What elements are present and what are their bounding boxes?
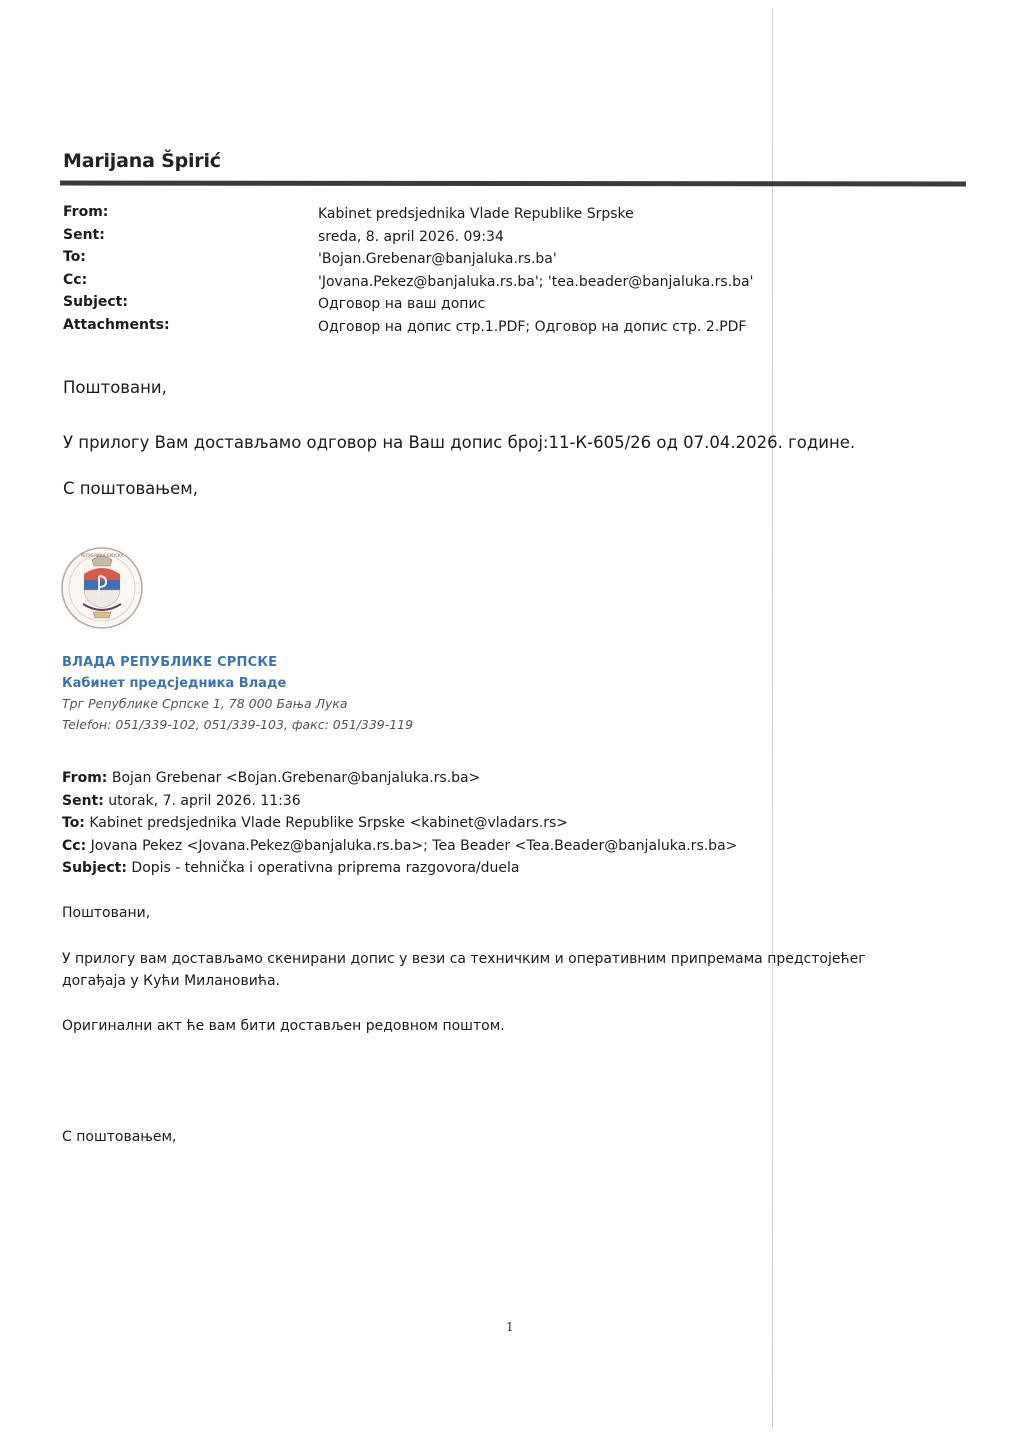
subject-value: Одговор на ваш допис xyxy=(318,293,753,316)
forwarded-cc-row: Cc: Jovana Pekez <Jovana.Pekez@banjaluka… xyxy=(62,835,737,858)
forwarded-body-line1: У прилогу вам достављамо скенирани допис… xyxy=(62,948,866,970)
mailbox-owner-name: Marijana Špirić xyxy=(63,150,221,172)
signature-department: Кабинет предсједника Владе xyxy=(62,676,286,691)
scan-artifact-line xyxy=(772,8,773,1428)
to-value: 'Bojan.Grebenar@banjaluka.rs.ba' xyxy=(318,248,753,271)
attachments-value: Одговор на допис стр.1.PDF; Одговор на д… xyxy=(318,316,753,339)
coat-of-arms-logo: РЕПУБЛИКА СРПСКА xyxy=(59,546,145,630)
cc-value: 'Jovana.Pekez@banjaluka.rs.ba'; 'tea.bea… xyxy=(318,271,753,294)
signature-address: Трг Републике Српске 1, 78 000 Бања Лука xyxy=(62,696,348,711)
forwarded-body-line2: догађаја у Кући Милановића. xyxy=(62,970,280,992)
forwarded-to-row: To: Kabinet predsjednika Vlade Republike… xyxy=(62,812,737,835)
forwarded-to-value: Kabinet predsjednika Vlade Republike Srp… xyxy=(89,815,568,831)
forwarded-closing: С поштовањем, xyxy=(62,1126,177,1148)
to-label: To: xyxy=(63,246,170,269)
sent-value: sreda, 8. april 2026. 09:34 xyxy=(318,226,753,249)
forwarded-body-line3: Оригинални акт ће вам бити достављен ред… xyxy=(62,1015,505,1037)
from-label: From: xyxy=(63,201,170,224)
cc-label: Cc: xyxy=(63,269,170,292)
forwarded-sent-value: utorak, 7. april 2026. 11:36 xyxy=(108,793,300,809)
forwarded-cc-label: Cc: xyxy=(62,838,86,854)
forwarded-from-label: From: xyxy=(62,770,107,786)
svg-text:РЕПУБЛИКА СРПСКА: РЕПУБЛИКА СРПСКА xyxy=(81,553,124,558)
page-number: 1 xyxy=(506,1320,514,1334)
forwarded-from-value: Bojan Grebenar <Bojan.Grebenar@banjaluka… xyxy=(112,770,481,786)
from-value: Kabinet predsjednika Vlade Republike Srp… xyxy=(318,203,753,226)
forwarded-subject-value: Dopis - tehnička i operativna priprema r… xyxy=(131,860,519,876)
email-header-labels: From: Sent: To: Cc: Subject: Attachments… xyxy=(63,201,170,336)
sent-label: Sent: xyxy=(63,224,170,247)
signature-organization: ВЛАДА РЕПУБЛИКЕ СРПСКЕ xyxy=(62,655,277,670)
header-divider xyxy=(60,181,966,187)
attachments-label: Attachments: xyxy=(63,314,170,337)
reply-text: У прилогу Вам достављамо одговор на Ваш … xyxy=(63,433,855,452)
forwarded-sent-row: Sent: utorak, 7. april 2026. 11:36 xyxy=(62,790,737,813)
forwarded-greeting: Поштовани, xyxy=(62,902,150,924)
reply-closing: С поштовањем, xyxy=(63,479,198,498)
forwarded-header: From: Bojan Grebenar <Bojan.Grebenar@ban… xyxy=(62,767,737,880)
forwarded-cc-value: Jovana Pekez <Jovana.Pekez@banjaluka.rs.… xyxy=(91,838,738,854)
forwarded-sent-label: Sent: xyxy=(62,793,104,809)
forwarded-to-label: To: xyxy=(62,815,85,831)
subject-label: Subject: xyxy=(63,291,170,314)
email-header-values: Kabinet predsjednika Vlade Republike Srp… xyxy=(318,203,753,338)
forwarded-subject-label: Subject: xyxy=(62,860,127,876)
forwarded-subject-row: Subject: Dopis - tehnička i operativna p… xyxy=(62,857,737,880)
signature-phone: Telefoн: 051/339-102, 051/339-103, факс:… xyxy=(62,717,413,732)
forwarded-from-row: From: Bojan Grebenar <Bojan.Grebenar@ban… xyxy=(62,767,737,790)
reply-greeting: Поштовани, xyxy=(63,378,167,397)
